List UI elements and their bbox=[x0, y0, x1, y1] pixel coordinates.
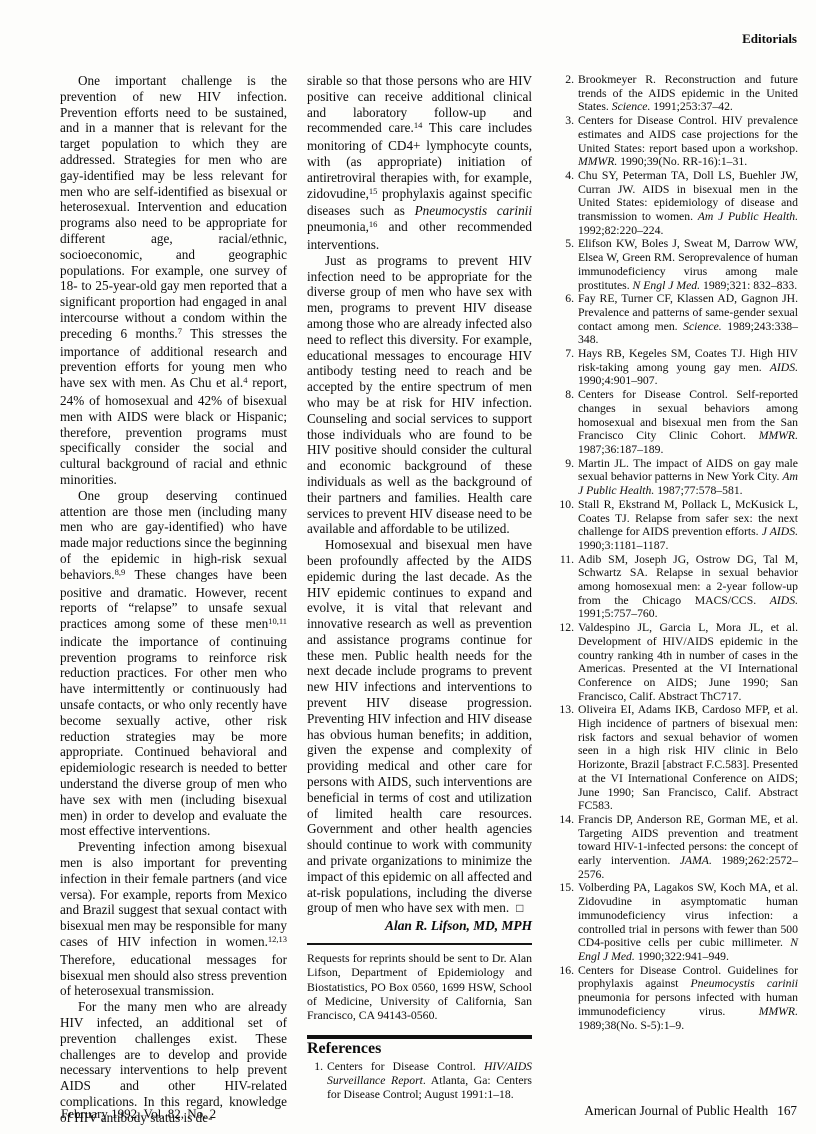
styled-text: Pneumocystis carinii bbox=[415, 203, 532, 218]
styled-text: Am J Public Health. bbox=[698, 210, 798, 223]
superscript-citation: 7 bbox=[178, 326, 182, 336]
reference-number: 1. bbox=[307, 1060, 327, 1101]
reference-item: 12.Valdespino JL, Garcia L, Mora JL, et … bbox=[558, 621, 798, 703]
reference-number: 3. bbox=[558, 114, 578, 169]
superscript-citation: 8,9 bbox=[115, 567, 126, 577]
column-left: One important challenge is the preventio… bbox=[60, 73, 287, 1126]
reference-item: 1.Centers for Disease Control. HIV/AIDS … bbox=[307, 1060, 532, 1101]
reference-text: Fay RE, Turner CF, Klassen AD, Gagnon JH… bbox=[578, 292, 798, 347]
reference-number: 11. bbox=[558, 553, 578, 622]
reference-text: Centers for Disease Control. HIV/AIDS Su… bbox=[327, 1060, 532, 1101]
end-of-article-mark: □ bbox=[516, 901, 523, 915]
author-signature: Alan R. Lifson, MD, MPH bbox=[307, 918, 532, 934]
styled-text: Pneumocystis carinii bbox=[690, 977, 798, 990]
paragraph: Just as programs to prevent HIV infectio… bbox=[307, 253, 532, 537]
reference-text: Francis DP, Anderson RE, Gorman ME, et a… bbox=[578, 813, 798, 882]
reference-number: 13. bbox=[558, 703, 578, 813]
styled-text: Science. bbox=[683, 320, 722, 333]
paragraph: sirable so that those persons who are HI… bbox=[307, 73, 532, 253]
footer-journal-info: American Journal of Public Health167 bbox=[584, 1103, 797, 1119]
journal-page: Editorials One important challenge is th… bbox=[0, 0, 816, 1134]
reference-number: 15. bbox=[558, 881, 578, 963]
reference-number: 8. bbox=[558, 388, 578, 457]
footer-page-number: 167 bbox=[777, 1103, 797, 1118]
reference-item: 13.Oliveira EI, Adams IKB, Cardoso MFP, … bbox=[558, 703, 798, 813]
reference-item: 6.Fay RE, Turner CF, Klassen AD, Gagnon … bbox=[558, 292, 798, 347]
styled-text: AIDS. bbox=[770, 594, 798, 607]
styled-text: N Engl J Med. bbox=[633, 279, 701, 292]
reference-text: Chu SY, Peterman TA, Doll LS, Buehler JW… bbox=[578, 169, 798, 238]
superscript-citation: 16 bbox=[369, 219, 378, 229]
reference-number: 6. bbox=[558, 292, 578, 347]
styled-text: AIDS. bbox=[770, 361, 798, 374]
reference-text: Centers for Disease Control. Self-report… bbox=[578, 388, 798, 457]
superscript-citation: 4 bbox=[243, 375, 247, 385]
reference-item: 16.Centers for Disease Control. Guidelin… bbox=[558, 964, 798, 1033]
styled-text: Science. bbox=[612, 100, 651, 113]
reference-number: 12. bbox=[558, 621, 578, 703]
reference-number: 9. bbox=[558, 457, 578, 498]
middle-paragraphs: sirable so that those persons who are HI… bbox=[307, 73, 532, 917]
reference-item: 7.Hays RB, Kegeles SM, Coates TJ. High H… bbox=[558, 347, 798, 388]
reference-text: Elifson KW, Boles J, Sweat M, Darrow WW,… bbox=[578, 237, 798, 292]
reference-item: 14.Francis DP, Anderson RE, Gorman ME, e… bbox=[558, 813, 798, 882]
reference-text: Stall R, Ekstrand M, Pollack L, McKusick… bbox=[578, 498, 798, 553]
superscript-citation: 12,13 bbox=[268, 934, 287, 944]
reference-item: 10.Stall R, Ekstrand M, Pollack L, McKus… bbox=[558, 498, 798, 553]
paragraph: One group deserving continued attention … bbox=[60, 488, 287, 840]
reference-text: Centers for Disease Control. HIV prevale… bbox=[578, 114, 798, 169]
styled-text: J AIDS. bbox=[762, 525, 798, 538]
reference-text: Valdespino JL, Garcia L, Mora JL, et al.… bbox=[578, 621, 798, 703]
reference-text: Adib SM, Joseph JG, Ostrow DG, Tal M, Sc… bbox=[578, 553, 798, 622]
reference-text: Centers for Disease Control. Guidelines … bbox=[578, 964, 798, 1033]
styled-text: MMWR. bbox=[578, 155, 617, 168]
reference-text: Brookmeyer R. Reconstruction and future … bbox=[578, 73, 798, 114]
reference-number: 14. bbox=[558, 813, 578, 882]
paragraph: Homosexual and bisexual men have been pr… bbox=[307, 537, 532, 917]
reference-item: 4.Chu SY, Peterman TA, Doll LS, Buehler … bbox=[558, 169, 798, 238]
references-heading: References bbox=[307, 1041, 532, 1057]
paragraph: One important challenge is the preventio… bbox=[60, 73, 287, 488]
footer-issue-info: February 1992, Vol. 82, No. 2 bbox=[61, 1106, 216, 1122]
reference-text: Hays RB, Kegeles SM, Coates TJ. High HIV… bbox=[578, 347, 798, 388]
section-header: Editorials bbox=[742, 31, 797, 47]
reference-item: 9.Martin JL. The impact of AIDS on gay m… bbox=[558, 457, 798, 498]
references-divider bbox=[307, 1035, 532, 1039]
reference-item: 3.Centers for Disease Control. HIV preva… bbox=[558, 114, 798, 169]
reference-item: 8.Centers for Disease Control. Self-repo… bbox=[558, 388, 798, 457]
reference-text: Volberding PA, Lagakos SW, Koch MA, et a… bbox=[578, 881, 798, 963]
column-middle: sirable so that those persons who are HI… bbox=[307, 73, 532, 1101]
superscript-citation: 14 bbox=[414, 120, 423, 130]
reference-text: Martin JL. The impact of AIDS on gay mal… bbox=[578, 457, 798, 498]
reference-number: 7. bbox=[558, 347, 578, 388]
styled-text: N Engl J Med. bbox=[578, 936, 798, 963]
styled-text: JAMA. bbox=[680, 854, 712, 867]
reference-item: 11.Adib SM, Joseph JG, Ostrow DG, Tal M,… bbox=[558, 553, 798, 622]
reference-number: 2. bbox=[558, 73, 578, 114]
superscript-citation: 10,11 bbox=[268, 616, 287, 626]
styled-text: MMWR. bbox=[759, 1005, 798, 1018]
reference-item: 15.Volberding PA, Lagakos SW, Koch MA, e… bbox=[558, 881, 798, 963]
reference-text: Oliveira EI, Adams IKB, Cardoso MFP, et … bbox=[578, 703, 798, 813]
footer-journal-name: American Journal of Public Health bbox=[584, 1103, 768, 1118]
paragraph: Preventing infection among bisexual men … bbox=[60, 839, 287, 999]
footnote-divider bbox=[307, 943, 532, 945]
superscript-citation: 15 bbox=[369, 186, 378, 196]
reference-number: 5. bbox=[558, 237, 578, 292]
references-list-continued: 2.Brookmeyer R. Reconstruction and futur… bbox=[558, 73, 798, 1032]
references-list-start: 1.Centers for Disease Control. HIV/AIDS … bbox=[307, 1060, 532, 1101]
reference-number: 10. bbox=[558, 498, 578, 553]
styled-text: Am J Public Health. bbox=[578, 470, 798, 497]
styled-text: MMWR. bbox=[759, 429, 798, 442]
reference-number: 16. bbox=[558, 964, 578, 1033]
reference-number: 4. bbox=[558, 169, 578, 238]
reference-item: 5.Elifson KW, Boles J, Sweat M, Darrow W… bbox=[558, 237, 798, 292]
reference-item: 2.Brookmeyer R. Reconstruction and futur… bbox=[558, 73, 798, 114]
reprint-footnote: Requests for reprints should be sent to … bbox=[307, 951, 532, 1022]
styled-text: HIV/AIDS Surveillance Report bbox=[327, 1060, 532, 1087]
